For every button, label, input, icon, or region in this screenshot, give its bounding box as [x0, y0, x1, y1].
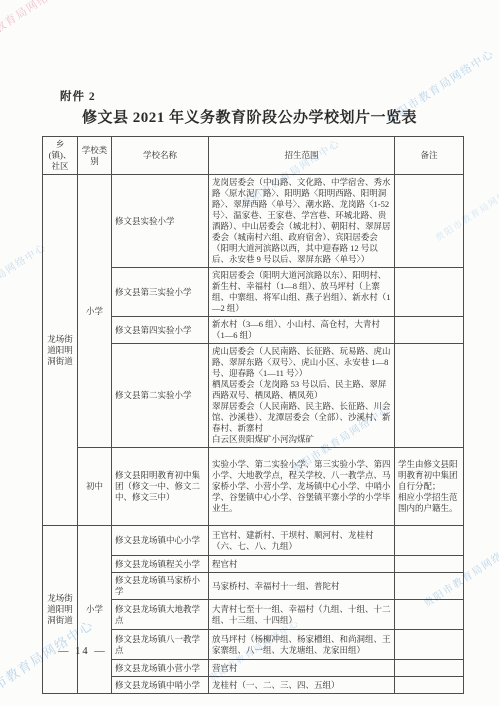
category-cell: 初中: [78, 448, 112, 526]
enrollment-range-cell: 大青村七至十一组、幸福村（九组、十组、十二组、十三组、十四组）: [209, 600, 395, 630]
note-cell: [395, 556, 464, 573]
school-name-cell: 修文县龙场镇大地教学点: [112, 600, 209, 630]
attachment-label: 附件 2: [60, 88, 96, 104]
note-cell: [395, 175, 464, 268]
note-cell: 学生由修文县阳明教育初中集团自行分配； 相应小学招生范围内的户籍生。: [395, 448, 464, 526]
enrollment-range-cell: 实验小学、第二实验小学、第三实验小学、第四小学、大地教学点，程关学校、八一教学点…: [209, 448, 395, 526]
note-cell: [395, 344, 464, 448]
enrollment-range-cell: 龙岗居委会（中山路、文化路、中学宿舍、秀水路〈原水泥厂路〉、阳明路〈阳明西路、阳…: [209, 175, 395, 268]
school-name-cell: 修文县龙场镇中心小学: [112, 526, 209, 556]
region-cell: 龙场街道阳明洞街道: [43, 526, 78, 694]
enrollment-range-cell: 新水村（3—6 组）、小山村、高仓村，大青村（1—6 组）: [209, 317, 395, 344]
enrollment-range-cell: 马家桥村、幸福村十一组、普陀村: [209, 573, 395, 600]
school-name-cell: 修文县龙场镇程关小学: [112, 556, 209, 573]
school-district-table: 乡(镇)、社区 学校类别 学校名称 招生范围 备注 龙场街道阳明洞街道 小学 修…: [42, 136, 464, 694]
school-name-cell: 修文县第四实验小学: [112, 317, 209, 344]
school-name-cell: 修文县龙场镇中哨小学: [112, 677, 209, 694]
watermark-stamp: 贵阳市教育局网络中心: [0, 0, 73, 57]
school-name-cell: 修文县龙场镇马家桥小学: [112, 573, 209, 600]
header-region: 乡(镇)、社区: [43, 137, 78, 175]
category-cell: 小学: [78, 175, 112, 448]
note-cell: [395, 268, 464, 317]
document-page: 贵阳市教育局网络中心 贵阳市教育局网络中心 贵阳市教育局网络中心 贵阳市教育局网…: [0, 0, 499, 706]
page-number: — 14 —: [58, 646, 107, 657]
school-name-cell: 修文县实验小学: [112, 175, 209, 268]
note-cell: [395, 677, 464, 694]
enrollment-range-cell: 龙桂村（一、二、三、四、五组）: [209, 677, 395, 694]
page-title: 修文县 2021 年义务教育阶段公办学校划片一览表: [0, 106, 499, 127]
note-cell: [395, 600, 464, 630]
table-header-row: 乡(镇)、社区 学校类别 学校名称 招生范围 备注: [43, 137, 464, 175]
enrollment-range-cell: 虎山居委会（人民南路、长征路、玩易路、虎山路、翠屏东路〈双号〉、虎山小区、永安巷…: [209, 344, 395, 448]
table-row: 龙场街道阳明洞街道 小学 修文县实验小学 龙岗居委会（中山路、文化路、中学宿舍、…: [43, 175, 464, 268]
enrollment-range-cell: 营官村: [209, 660, 395, 677]
table-row: 龙场街道阳明洞街道 小学 修文县龙场镇中心小学 王官村、建新村、干坝村、顺河村、…: [43, 526, 464, 556]
enrollment-range-cell: 宾阳居委会（阳明大道河滨路以东）、阳明村、新生村、幸福村（1—8 组）、放马坪村…: [209, 268, 395, 317]
note-cell: [395, 317, 464, 344]
school-name-cell: 修文县龙场镇小营小学: [112, 660, 209, 677]
enrollment-range-cell: 王官村、建新村、干坝村、顺河村、龙桂村（六、七、八、九组）: [209, 526, 395, 556]
header-category: 学校类别: [78, 137, 112, 175]
region-cell: 龙场街道阳明洞街道: [43, 175, 78, 526]
category-cell: 小学: [78, 526, 112, 694]
enrollment-range-cell: 程官村: [209, 556, 395, 573]
table-row: 初中 修文县阳明教育初中集团（修文一中、修文二中、修文三中） 实验小学、第二实验…: [43, 448, 464, 526]
header-note: 备注: [395, 137, 464, 175]
school-name-cell: 修文县第二实验小学: [112, 344, 209, 448]
note-cell: [395, 630, 464, 660]
school-name-cell: 修文县龙场镇八一教学点: [112, 630, 209, 660]
note-cell: [395, 573, 464, 600]
note-cell: [395, 660, 464, 677]
school-name-cell: 修文县阳明教育初中集团（修文一中、修文二中、修文三中）: [112, 448, 209, 526]
header-enrollment-range: 招生范围: [209, 137, 395, 175]
header-school-name: 学校名称: [112, 137, 209, 175]
enrollment-range-cell: 放马坪村（杨柳冲组、杨家槽组、和尚洞组、王家寨组、八一组、大龙塘组、龙家田组）: [209, 630, 395, 660]
note-cell: [395, 526, 464, 556]
school-name-cell: 修文县第三实验小学: [112, 268, 209, 317]
